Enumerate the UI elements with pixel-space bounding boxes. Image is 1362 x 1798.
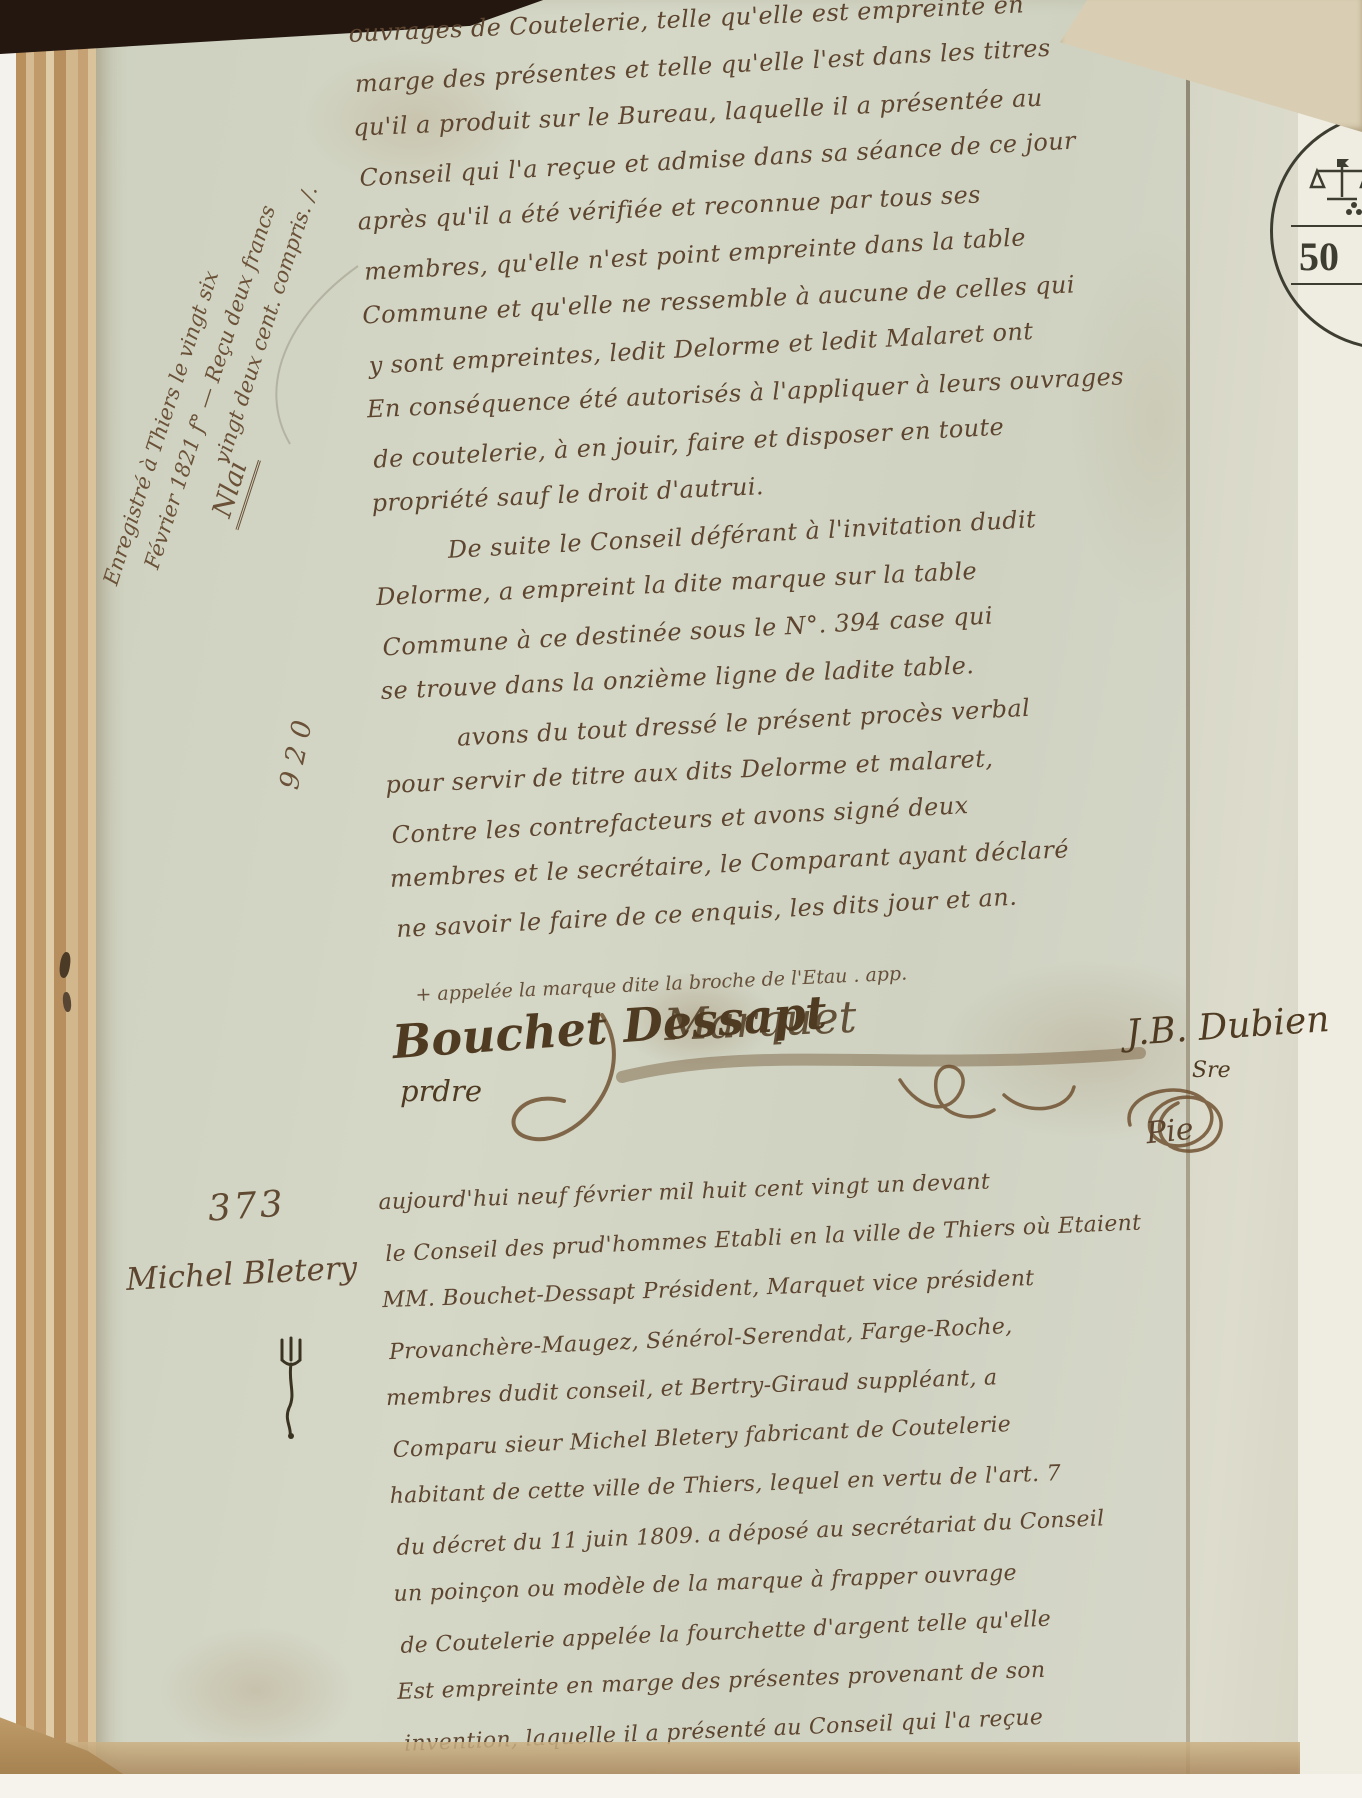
stamp-value: 50 xyxy=(1299,233,1339,280)
fleur-ornament-icon xyxy=(1345,201,1362,219)
signature-president-title: prdre xyxy=(400,1074,482,1108)
signature-vice-president: Marquet xyxy=(663,992,858,1051)
photo-bottom-margin xyxy=(0,1774,1362,1798)
act-entry-number: 373 xyxy=(207,1183,287,1229)
book-page-edges xyxy=(16,0,98,1798)
act-lower-text: aujourd'hui neuf février mil huit cent v… xyxy=(378,1161,1200,1779)
signature-secretary-title: Sre xyxy=(1192,1058,1231,1083)
act-upper-text: ouvrages de Coutelerie, telle qu'elle es… xyxy=(348,0,1213,961)
photo-left-margin xyxy=(0,0,16,1798)
page-bottom-edge xyxy=(60,1742,1300,1776)
next-page-fragment: Pie xyxy=(1144,1112,1195,1152)
manuscript-photo: 50 Enregistré à Thiers le vingt six Févr… xyxy=(0,0,1362,1798)
fork-mark-icon xyxy=(272,1336,314,1440)
